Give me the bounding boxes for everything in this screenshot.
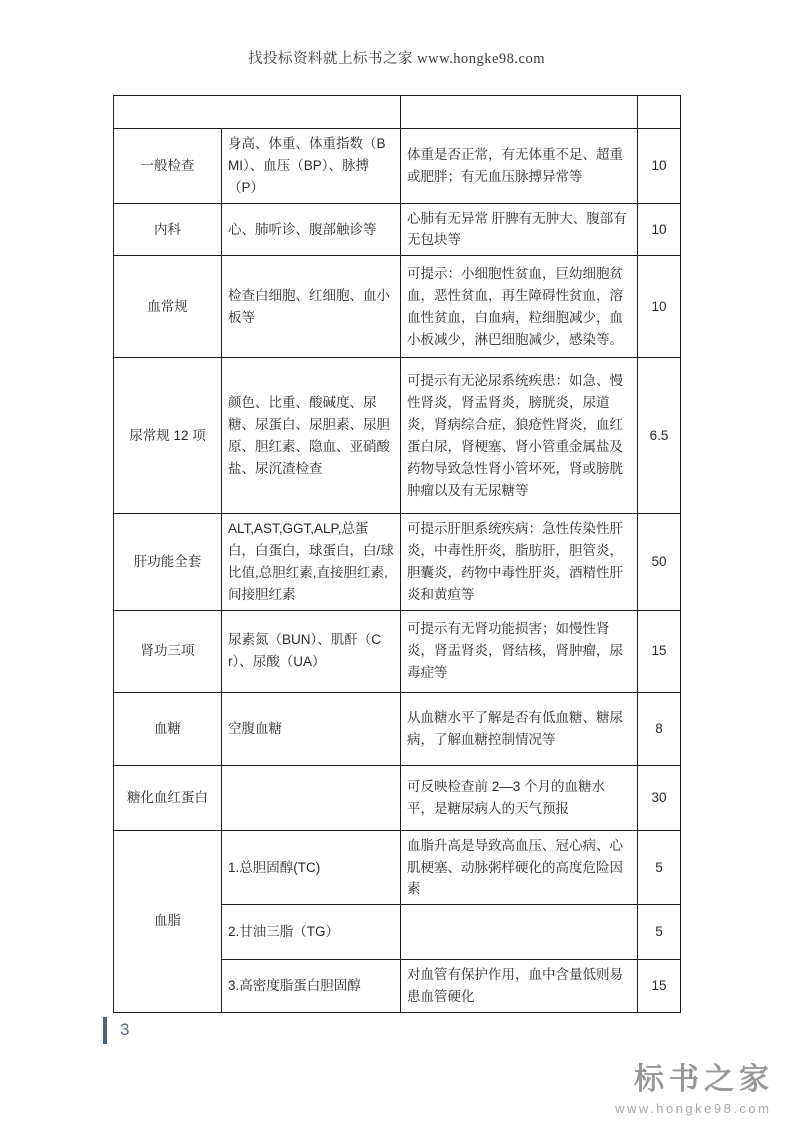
watermark-logo-text: 标书之家 <box>615 1054 774 1098</box>
table-header-row <box>114 96 681 129</box>
cell-desc: 可提示有无泌尿系统疾患：如急、慢性肾炎，肾盂肾炎，膀胱炎，尿道炎，肾病综合症，狼… <box>401 358 638 514</box>
cell-items <box>222 765 401 830</box>
table-row: 尿常规 12 项 颜色、比重、酸碱度、尿糖、尿蛋白、尿胆素、尿胆原、胆红素、隐血… <box>114 358 681 514</box>
cell-category: 肾功三项 <box>114 610 222 692</box>
cell-items: 心、肺听诊、腹部触诊等 <box>222 203 401 256</box>
page-header-text: 找投标资料就上标书之家 www.hongke98.com <box>0 47 793 68</box>
table-row: 肾功三项 尿素氮（BUN）、肌酐（Cr）、尿酸（UA） 可提示有无肾功能损害；如… <box>114 610 681 692</box>
cell-desc: 对血管有保护作用，血中含量低则易患血管硬化 <box>401 960 638 1013</box>
cell-price: 50 <box>638 514 681 610</box>
cell-price: 10 <box>638 129 681 204</box>
watermark: 标书之家 www.hongke98.com <box>615 1054 769 1116</box>
page-number: 3 <box>120 1020 129 1040</box>
cell-category: 肝功能全套 <box>114 514 222 610</box>
cell-price: 10 <box>638 203 681 256</box>
cell-price: 30 <box>638 765 681 830</box>
exam-items-table: 一般检查 身高、体重、体重指数（BMI）、血压（BP）、脉搏（P） 体重是否正常… <box>113 95 681 1013</box>
table-row: 血脂 1.总胆固醇(TC) 血脂升高是导致高血压、冠心病、心肌梗塞、动脉粥样硬化… <box>114 830 681 905</box>
cell-items: 3.高密度脂蛋白胆固醇 <box>222 960 401 1013</box>
cell-desc: 可反映检查前 2—3 个月的血糖水平，是糖尿病人的天气预报 <box>401 765 638 830</box>
cell-desc: 血脂升高是导致高血压、冠心病、心肌梗塞、动脉粥样硬化的高度危险因素 <box>401 830 638 905</box>
header-cell-price <box>638 96 681 129</box>
header-cell-desc <box>401 96 638 129</box>
table-row: 糖化血红蛋白 可反映检查前 2—3 个月的血糖水平，是糖尿病人的天气预报 30 <box>114 765 681 830</box>
cell-category-lipid: 血脂 <box>114 830 222 1012</box>
cell-category: 一般检查 <box>114 129 222 204</box>
cell-desc: 可提示：小细胞性贫血，巨幼细胞贫血，恶性贫血，再生障碍性贫血，溶血性贫血，白血病… <box>401 256 638 358</box>
cell-items: 2.甘油三脂（TG） <box>222 905 401 960</box>
table-row: 肝功能全套 ALT,AST,GGT,ALP,总蛋白，白蛋白，球蛋白，白/球比值,… <box>114 514 681 610</box>
cell-desc: 可提示有无肾功能损害；如慢性肾炎，肾盂肾炎，肾结核，肾肿瘤，尿毒症等 <box>401 610 638 692</box>
cell-items: 空腹血糖 <box>222 692 401 765</box>
cell-category: 内科 <box>114 203 222 256</box>
table-row: 一般检查 身高、体重、体重指数（BMI）、血压（BP）、脉搏（P） 体重是否正常… <box>114 129 681 204</box>
cell-price: 5 <box>638 905 681 960</box>
cell-category: 糖化血红蛋白 <box>114 765 222 830</box>
cell-desc: 可提示肝胆系统疾病：急性传染性肝炎，中毒性肝炎，脂肪肝，胆管炎，胆囊炎，药物中毒… <box>401 514 638 610</box>
table-row: 血常规 检查白细胞、红细胞、血小板等 可提示：小细胞性贫血，巨幼细胞贫血，恶性贫… <box>114 256 681 358</box>
cell-price: 5 <box>638 830 681 905</box>
cell-items: 1.总胆固醇(TC) <box>222 830 401 905</box>
page-number-accent-bar <box>103 1017 107 1044</box>
cell-desc: 从血糖水平了解是否有低血糖、糖尿病，了解血糖控制情况等 <box>401 692 638 765</box>
cell-desc <box>401 905 638 960</box>
cell-desc: 体重是否正常，有无体重不足、超重或肥胖；有无血压脉搏异常等 <box>401 129 638 204</box>
cell-category: 尿常规 12 项 <box>114 358 222 514</box>
cell-price: 6.5 <box>638 358 681 514</box>
cell-price: 10 <box>638 256 681 358</box>
table-row: 内科 心、肺听诊、腹部触诊等 心肺有无异常 肝脾有无肿大、腹部有无包块等 10 <box>114 203 681 256</box>
cell-price: 8 <box>638 692 681 765</box>
cell-items: ALT,AST,GGT,ALP,总蛋白，白蛋白，球蛋白，白/球比值,总胆红素,直… <box>222 514 401 610</box>
cell-items: 检查白细胞、红细胞、血小板等 <box>222 256 401 358</box>
cell-items: 颜色、比重、酸碱度、尿糖、尿蛋白、尿胆素、尿胆原、胆红素、隐血、亚硝酸盐、尿沉渣… <box>222 358 401 514</box>
cell-price: 15 <box>638 610 681 692</box>
cell-items: 身高、体重、体重指数（BMI）、血压（BP）、脉搏（P） <box>222 129 401 204</box>
table-row: 血糖 空腹血糖 从血糖水平了解是否有低血糖、糖尿病，了解血糖控制情况等 8 <box>114 692 681 765</box>
cell-category: 血糖 <box>114 692 222 765</box>
cell-price: 15 <box>638 960 681 1013</box>
cell-desc: 心肺有无异常 肝脾有无肿大、腹部有无包块等 <box>401 203 638 256</box>
cell-category: 血常规 <box>114 256 222 358</box>
header-cell-merged <box>114 96 401 129</box>
watermark-url: www.hongke98.com <box>615 1101 771 1116</box>
cell-items: 尿素氮（BUN）、肌酐（Cr）、尿酸（UA） <box>222 610 401 692</box>
